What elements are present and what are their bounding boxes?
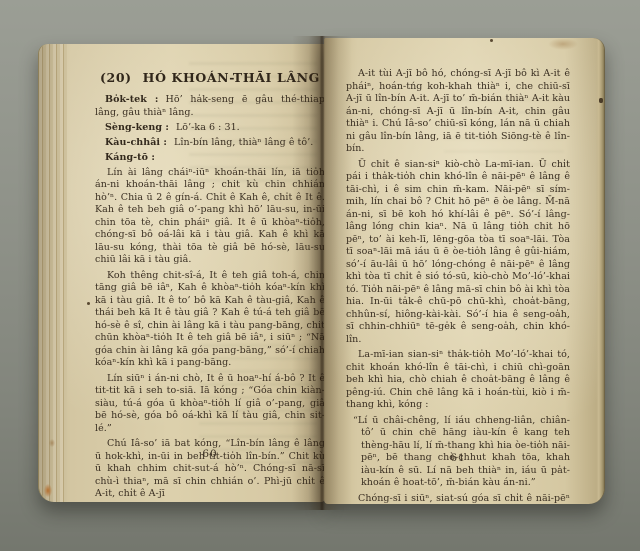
- paragraph: Koh thêng chit-sî-á, It ê teh giâ toh-á,…: [95, 270, 325, 370]
- section-label: Kàu-chhâi :: [105, 137, 167, 148]
- right-page-text-column: A-it tùi A-jī bô hó, chóng-sī A-jī bô kì…: [346, 68, 570, 504]
- section-label: Bo̍k-tek :: [105, 94, 158, 105]
- paragraph: La-mī-ian sian-siⁿ tha̍k-tio̍h Mo’-ló’-k…: [346, 349, 570, 412]
- photo-background: (20)HÓ KHOÁN-THĀI LÂNG Bo̍k-tek :Hō’ ha̍…: [0, 0, 640, 551]
- stain-spot: [490, 39, 493, 42]
- paragraph: Ū chi̍t ê sian-siⁿ kiò-chò La-mī-ian. Ū …: [346, 159, 570, 347]
- section-text: Lîn-bín lâng, thiàⁿ lâng ê tô’.: [174, 137, 313, 148]
- section-kau-chhai: Kàu-chhâi :Lîn-bín lâng, thiàⁿ lâng ê tô…: [95, 137, 325, 150]
- page-number-right: 61: [346, 452, 570, 464]
- section-seng-keng: Sèng-keng :Lō’-ka 6 : 31.: [95, 122, 325, 135]
- stain-spot: [548, 38, 578, 50]
- right-page: A-it tùi A-jī bô hó, chóng-sī A-jī bô kì…: [324, 38, 605, 504]
- paragraph: Lín ài lâng cháiⁿ-iūⁿ khoán-thāi lín, iā…: [95, 167, 325, 267]
- left-page-text-column: (20)HÓ KHOÁN-THĀI LÂNG Bo̍k-tek :Hō’ ha̍…: [95, 70, 325, 501]
- page-number-left: 60: [95, 448, 325, 460]
- paragraph: A-it tùi A-jī bô hó, chóng-sī A-jī bô kì…: [346, 68, 570, 156]
- paragraph: Lín siūⁿ i án-ni chò, It ê ū hoaⁿ-hí á-b…: [95, 373, 325, 436]
- page-edge-stack-left: [39, 44, 67, 502]
- chapter-title: (20)HÓ KHOÁN-THĀI LÂNG: [95, 70, 325, 85]
- section-label: Sèng-keng :: [105, 122, 169, 133]
- page-edge-right: [596, 38, 604, 504]
- section-kang-to: Káng-tō :: [95, 152, 325, 165]
- chapter-title-text: HÓ KHOÁN-THĀI LÂNG: [143, 70, 320, 85]
- paragraph: Chóng-sī i siūⁿ, siat-sú góa sī chi̍t ê …: [346, 493, 570, 505]
- chapter-number: (20): [100, 70, 132, 85]
- open-book: (20)HÓ KHOÁN-THĀI LÂNG Bo̍k-tek :Hō’ ha̍…: [36, 36, 604, 510]
- left-page: (20)HÓ KHOÁN-THĀI LÂNG Bo̍k-tek :Hō’ ha̍…: [38, 44, 325, 502]
- section-text: Lō’-ka 6 : 31.: [176, 122, 240, 133]
- stain-spot: [87, 302, 90, 305]
- section-label: Káng-tō :: [105, 152, 155, 163]
- section-bok-tek: Bo̍k-tek :Hō’ ha̍k-seng ē gâu thé-thiap …: [95, 94, 325, 119]
